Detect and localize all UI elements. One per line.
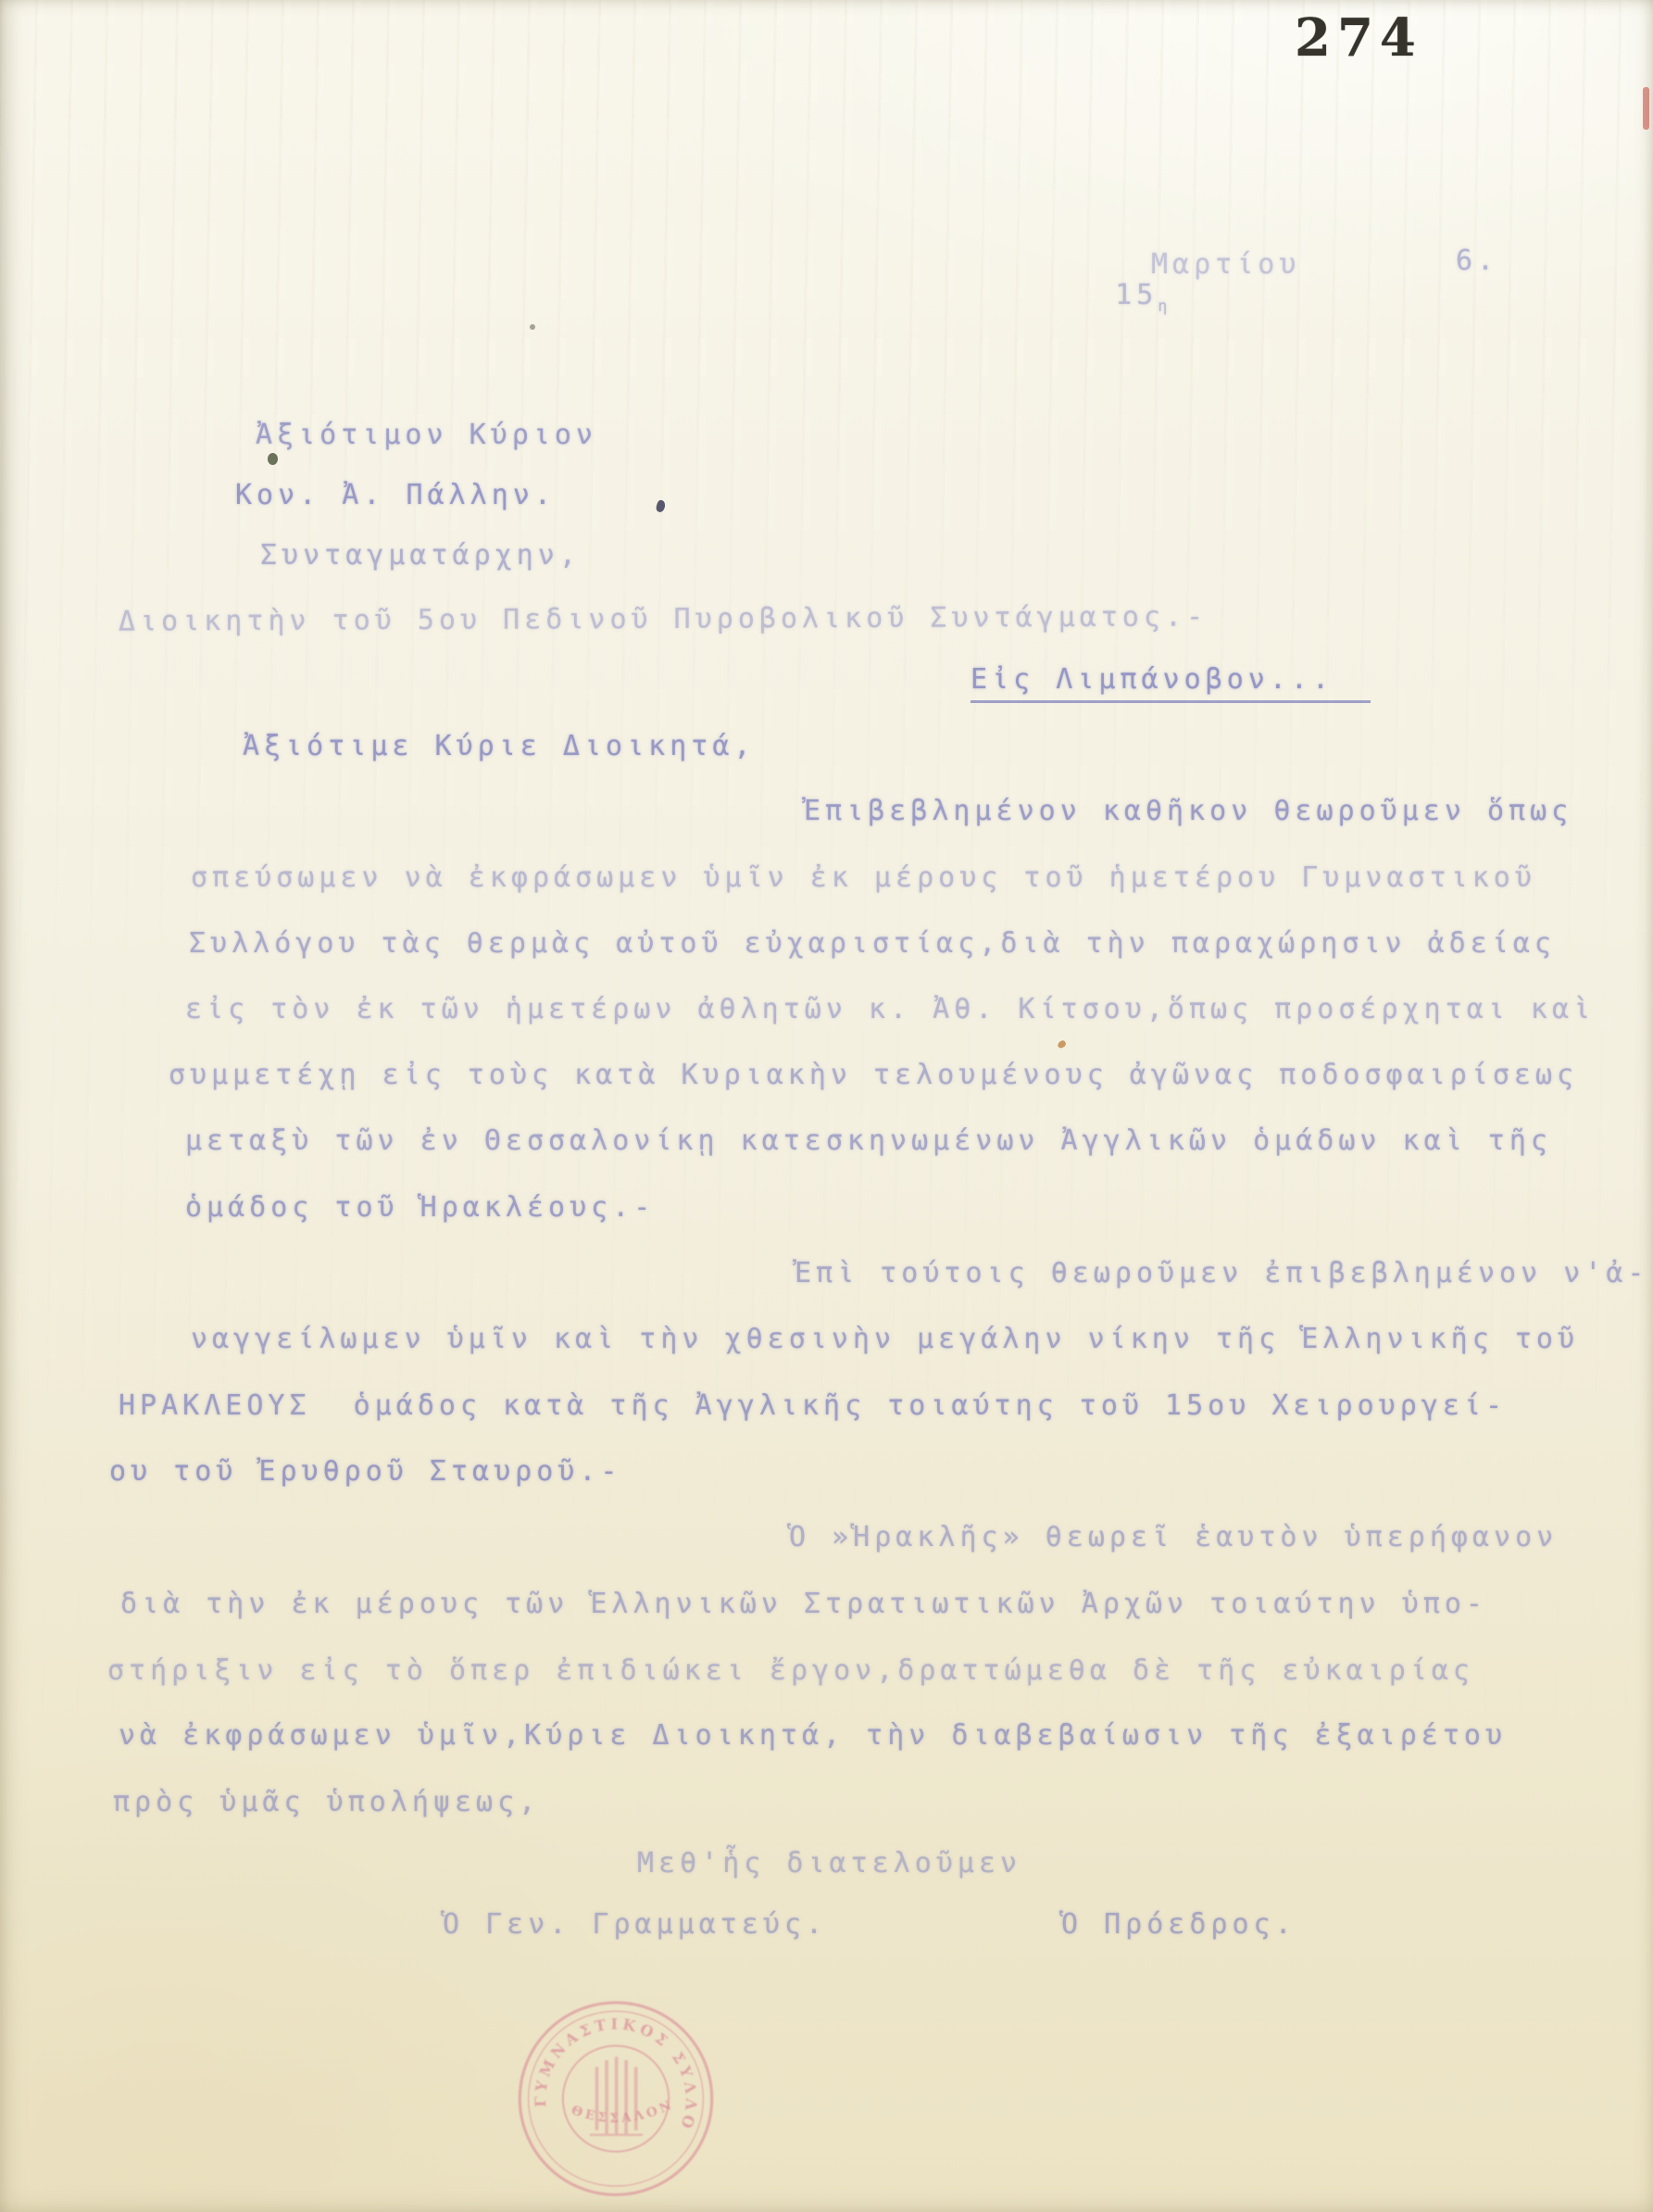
body-line: νὰ ἐκφράσωμεν ὑμῖν,Κύριε Διοικητά, τὴν δ… [119, 1719, 1507, 1752]
signature-title-right: Ὁ Πρόεδρος. [1061, 1908, 1296, 1941]
body-line: διὰ τὴν ἐκ μέρους τῶν Ἑλληνικῶν Στρατιωτ… [120, 1588, 1487, 1620]
ink-speck [268, 453, 278, 465]
ink-speck [655, 499, 667, 513]
svg-text:ΘΕΣΣΑΛΟΝΙΚΗΣ: ΘΕΣΣΑΛΟΝΙΚΗΣ [502, 1993, 677, 2126]
recipient-name: Κον. Ἀ. Πάλλην. [235, 479, 556, 511]
recipient-honorific: Ἀξιότιμον Κύριον [256, 419, 597, 451]
body-line: εἰς τὸν ἐκ τῶν ἡμετέρων ἀθλητῶν κ. Ἀθ. Κ… [185, 993, 1595, 1025]
date-month: Μαρτίου [1151, 248, 1300, 281]
body-line: ναγγείλωμεν ὑμῖν καὶ τὴν χθεσινὴν μεγάλη… [191, 1323, 1579, 1355]
body-line: ὁμάδος τοῦ Ἡρακλέους.- [185, 1191, 655, 1224]
page-number: 274 [1295, 7, 1422, 69]
svg-text:ΓΥΜΝΑΣΤΙΚΟΣ ΣΥΛΛΟΓΟΣ: ΓΥΜΝΑΣΤΙΚΟΣ ΣΥΛΛΟΓΟΣ [501, 1993, 700, 2134]
club-stamp: ΓΥΜΝΑΣΤΙΚΟΣ ΣΥΛΛΟΓΟΣ ΘΕΣΣΑΛΟΝΙΚΗΣ [445, 1993, 787, 2212]
stamp-arc-top-text: ΓΥΜΝΑΣΤΙΚΟΣ ΣΥΛΛΟΓΟΣ [501, 1993, 700, 2134]
recipient-rank: Συνταγματάρχην, [260, 539, 581, 572]
stamp-emblem [590, 2056, 643, 2136]
date-year: 6. [1456, 245, 1498, 277]
ink-speck [1057, 1039, 1067, 1049]
recipient-title: Διοικητὴν τοῦ 5ου Πεδινοῦ Πυροβολικοῦ Συ… [119, 600, 1208, 637]
ink-speck [530, 324, 535, 330]
body-line: Συλλόγου τὰς θερμὰς αὐτοῦ εὐχαριστίας,δι… [189, 927, 1556, 960]
body-line: σπεύσωμεν νὰ ἐκφράσωμεν ὑμῖν ἐκ μέρους τ… [191, 861, 1536, 894]
signature-title-left: Ὁ Γεν. Γραμματεύς. [443, 1908, 827, 1941]
paper-crease-texture [0, 0, 1653, 2212]
body-line: στήριξιν εἰς τὸ ὅπερ ἐπιδιώκει ἔργον,δρα… [107, 1654, 1474, 1687]
body-line: Ἐπιβεβλημένον καθῆκον θεωροῦμεν ὅπως [804, 795, 1572, 827]
letter-page: 274 15η Μαρτίου 6. Ἀξιότιμον Κύριον Κον.… [0, 0, 1653, 2212]
red-edge-mark [1643, 87, 1649, 130]
body-line: ου τοῦ Ἐρυθροῦ Σταυροῦ.- [109, 1455, 621, 1488]
paper-aging-tint [0, 0, 1653, 2212]
body-line: Ὁ »Ἡρακλῆς» θεωρεῖ ἑαυτὸν ὑπερήφανον [789, 1521, 1558, 1553]
body-line: συμμετέχῃ εἰς τοὺς κατὰ Κυριακὴν τελουμέ… [169, 1059, 1578, 1091]
valediction: Μεθ'ἧς διατελοῦμεν [637, 1847, 1021, 1879]
body-line: Ἐπὶ τούτοις θεωροῦμεν ἐπιβεβλημένον ν'ἀ- [795, 1257, 1648, 1289]
salutation: Ἀξιότιμε Κύριε Διοικητά, [243, 730, 755, 762]
destination-line: Εἰς Λιμπάνοβον... [971, 663, 1371, 703]
body-line: μεταξὺ τῶν ἐν Θεσσαλονίκῃ κατεσκηνωμένων… [185, 1125, 1552, 1157]
body-line: πρὸς ὑμᾶς ὑπολήψεως, [113, 1786, 540, 1818]
body-line: ΗΡΑΚΛΕΟΥΣ ὁμάδος κατὰ τῆς Ἀγγλικῆς τοιαύ… [119, 1389, 1507, 1422]
stamp-arc-bottom-text: ΘΕΣΣΑΛΟΝΙΚΗΣ [502, 1993, 677, 2126]
